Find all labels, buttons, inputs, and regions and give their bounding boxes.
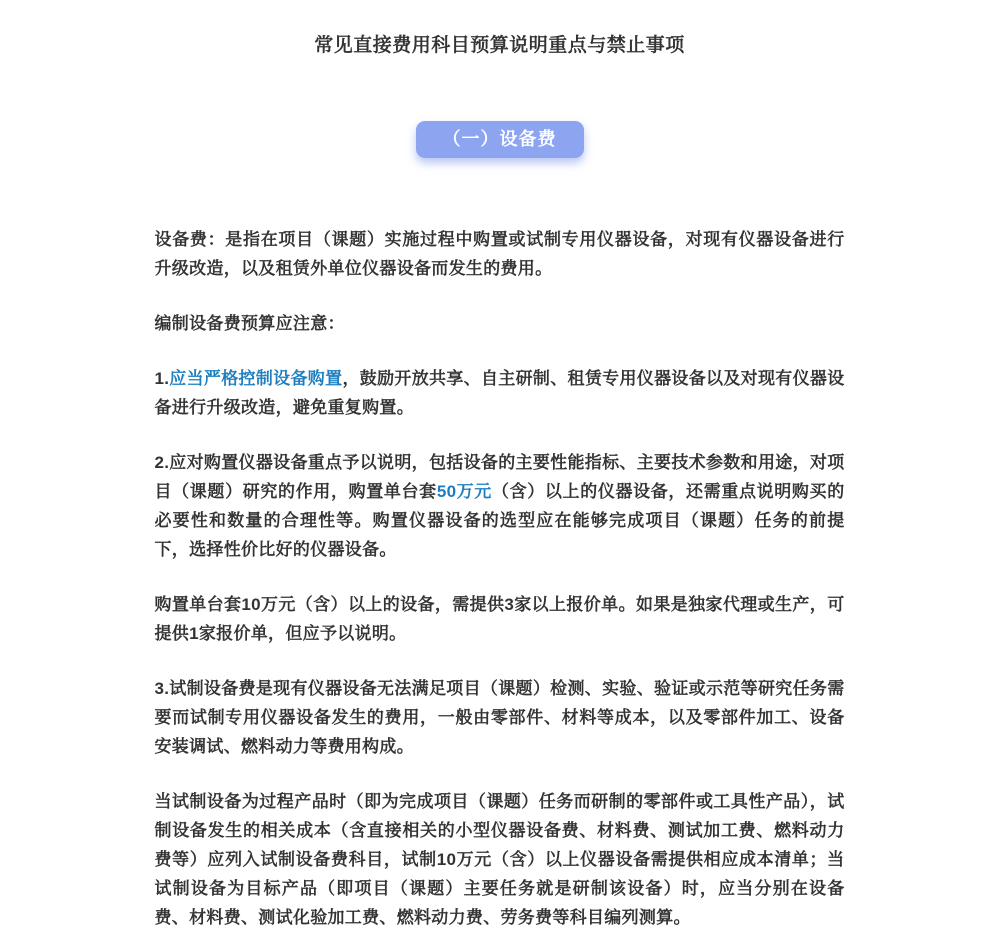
paragraph-item-2: 2.应对购置仪器设备重点予以说明，包括设备的主要性能指标、主要技术参数和用途，对… [155,448,845,564]
article-body: 设备费：是指在项目（课题）实施过程中购置或试制专用仪器设备，对现有仪器设备进行升… [155,225,845,932]
paragraph-item-3: 3.试制设备费是现有仪器设备无法满足项目（课题）检测、实验、验证或示范等研究任务… [155,674,845,761]
highlight-strict-control: 应当严格控制设备购置 [169,369,342,388]
paragraph-text: 当试制设备为过程产品时（即为完成项目（课题）任务而研制的零部件或工具性产品），试… [155,792,845,927]
paragraph-trial-equipment-detail: 当试制设备为过程产品时（即为完成项目（课题）任务而研制的零部件或工具性产品），试… [155,787,845,932]
paragraph-text: 购置单台套10万元（含）以上的设备，需提供3家以上报价单。如果是独家代理或生产，… [155,595,845,643]
highlight-500k-threshold: 50万元 [437,482,492,501]
paragraph-text: 3.试制设备费是现有仪器设备无法满足项目（课题）检测、实验、验证或示范等研究任务… [155,679,845,756]
paragraph-budget-note-intro: 编制设备费预算应注意： [155,309,845,338]
paragraph-item-1: 1.应当严格控制设备购置，鼓励开放共享、自主研制、租赁专用仪器设备以及对现有仪器… [155,364,845,422]
paragraph-text: 设备费：是指在项目（课题）实施过程中购置或试制专用仪器设备，对现有仪器设备进行升… [155,230,845,278]
paragraph-equipment-fee-definition: 设备费：是指在项目（课题）实施过程中购置或试制专用仪器设备，对现有仪器设备进行升… [155,225,845,283]
document-page: 常见直接费用科目预算说明重点与禁止事项 （一）设备费 设备费：是指在项目（课题）… [0,0,999,945]
paragraph-text: 1. [155,369,170,388]
paragraph-quotation-requirement: 购置单台套10万元（含）以上的设备，需提供3家以上报价单。如果是独家代理或生产，… [155,590,845,648]
paragraph-text: 编制设备费预算应注意： [155,314,345,333]
section-badge: （一）设备费 [416,121,584,158]
page-title: 常见直接费用科目预算说明重点与禁止事项 [0,32,999,60]
section-badge-row: （一）设备费 [0,121,999,158]
